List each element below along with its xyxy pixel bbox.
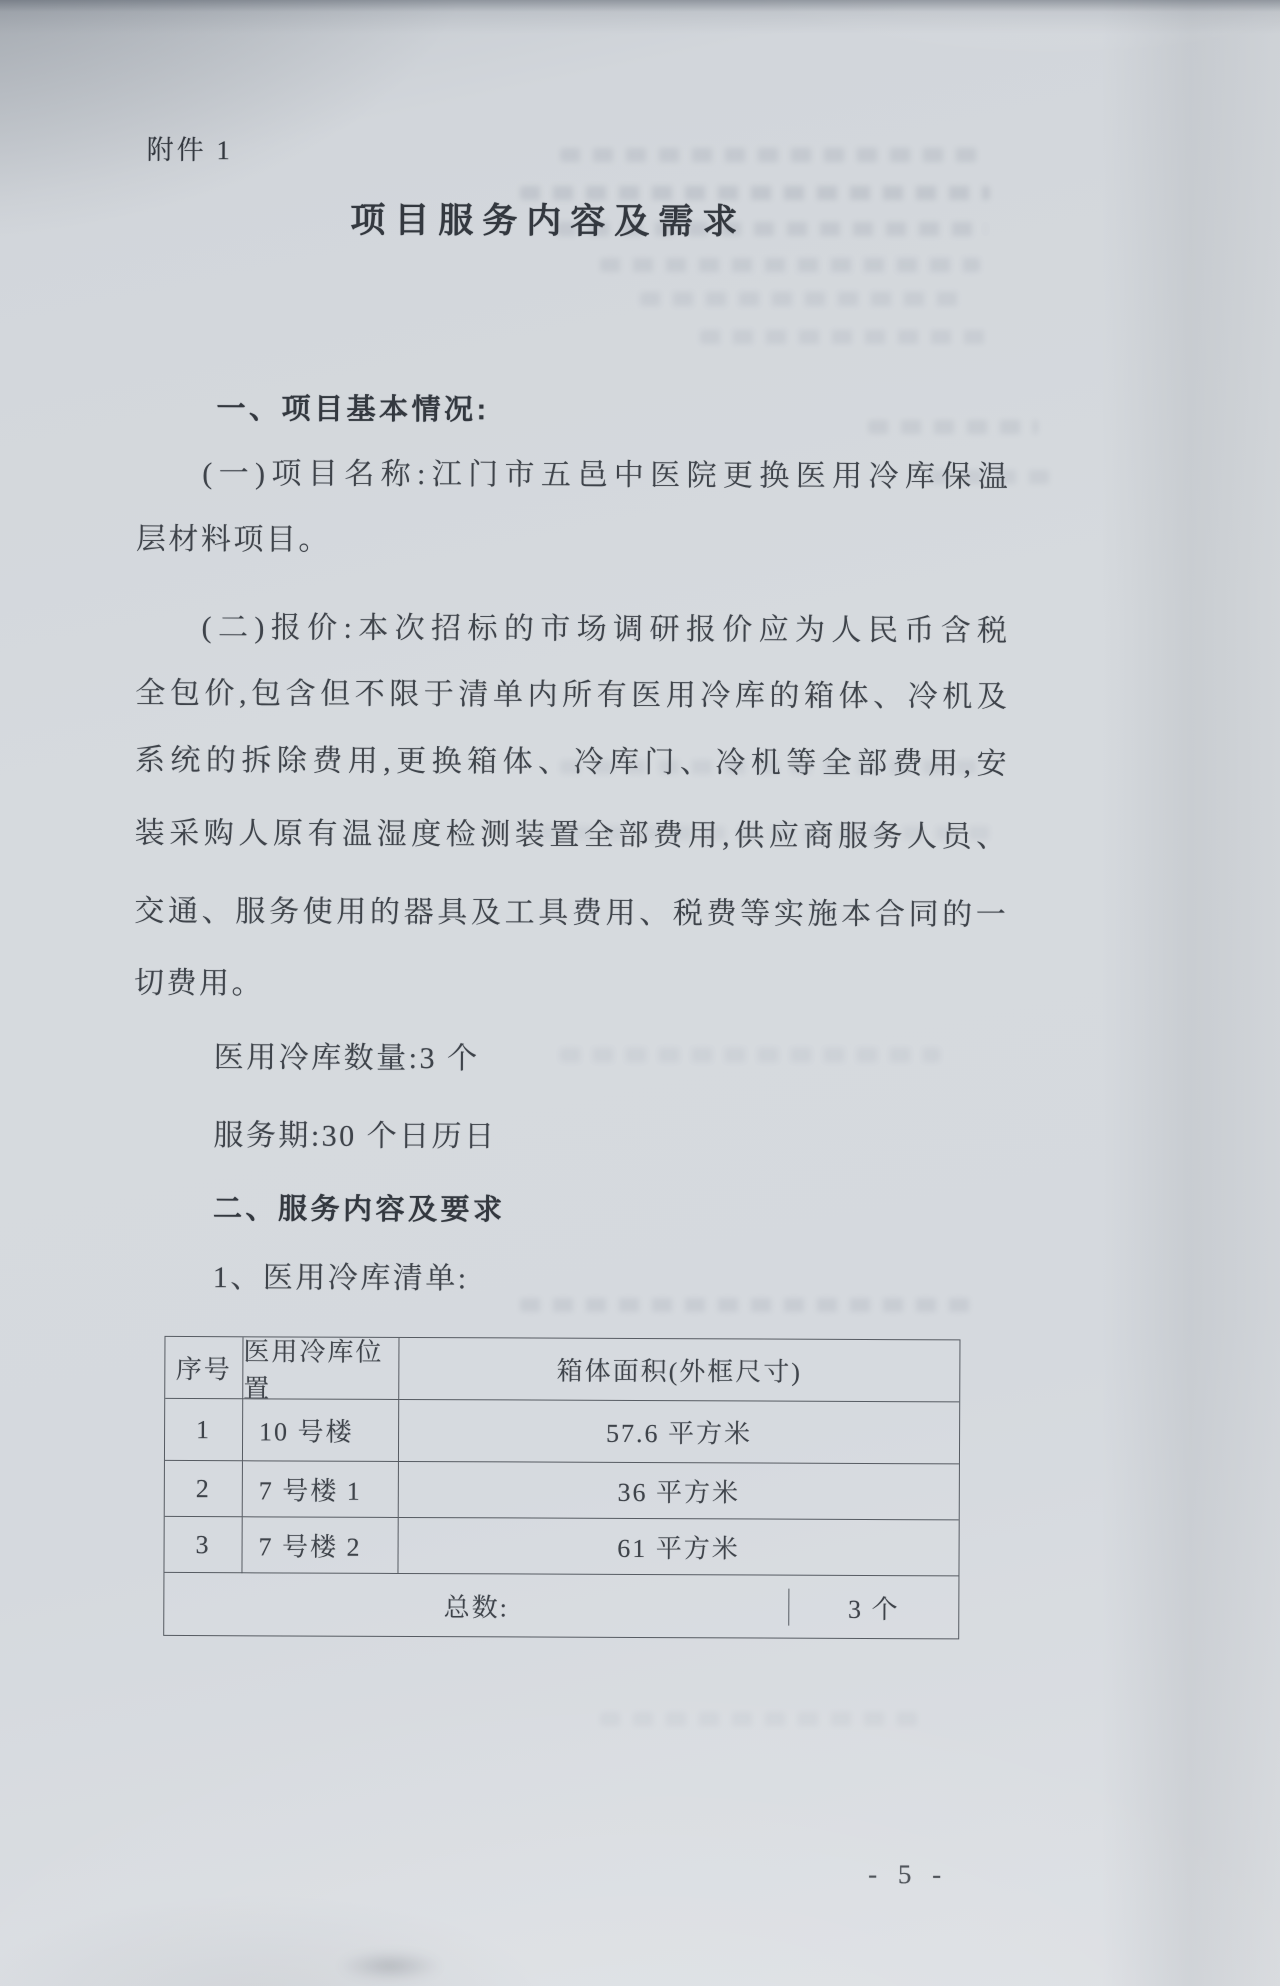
table-cell-location: 7 号楼 1 [243, 1461, 399, 1518]
service-period-line: 服务期:30 个日历日 [133, 1116, 497, 1158]
scanned-document-photo: 附件 1 项目服务内容及需求 一、项目基本情况: (一)项目名称:江门市五邑中医… [0, 0, 1280, 1986]
document-sheet: 附件 1 项目服务内容及需求 一、项目基本情况: (一)项目名称:江门市五邑中医… [0, 0, 1280, 1986]
page-number: - 5 - [868, 1859, 948, 1890]
quote-paragraph-line: 交通、服务使用的器具及工具费用、税费等实施本合同的一 [134, 892, 1008, 936]
cold-storage-quantity-line: 医用冷库数量:3 个 [134, 1038, 480, 1080]
attachment-label: 附件 1 [147, 128, 233, 167]
table-cell-index: 1 [165, 1399, 243, 1461]
table-cell-index: 2 [165, 1461, 243, 1517]
table-footer-row: 总数: 3 个 [164, 1573, 958, 1638]
table-footer-value: 3 个 [788, 1588, 958, 1626]
table-cell-location: 10 号楼 [243, 1399, 399, 1462]
table-cell-area: 61 平方米 [398, 1518, 958, 1576]
project-name-line: 层材料项目。 [136, 520, 331, 561]
table-header-location: 医用冷库位置 [243, 1337, 399, 1400]
quote-paragraph-line: 装采购人原有温湿度检测装置全部费用,供应商服务人员、 [135, 814, 1009, 858]
table-cell-index: 3 [164, 1517, 242, 1573]
list-label: 1、医用冷库清单: [133, 1258, 469, 1299]
table-header-area: 箱体面积(外框尺寸) [399, 1338, 959, 1402]
table-cell-area: 57.6 平方米 [399, 1400, 959, 1464]
quote-paragraph-line: (二)报价:本次招标的市场调研报价应为人民币含税 [136, 608, 1010, 652]
quote-paragraph-line: 系统的拆除费用,更换箱体、冷库门、冷机等全部费用,安 [135, 741, 1009, 785]
cold-storage-table: 序号 医用冷库位置 箱体面积(外框尺寸) 1 10 号楼 57.6 平方米 2 … [163, 1336, 960, 1639]
table-header-index: 序号 [165, 1337, 243, 1399]
quote-paragraph-line: 切费用。 [134, 964, 264, 1005]
section-heading-service: 二、服务内容及要求 [133, 1186, 506, 1229]
section-heading-basic: 一、项目基本情况: [136, 386, 489, 429]
table-cell-location: 7 号楼 2 [242, 1517, 398, 1574]
project-name-line: (一)项目名称:江门市五邑中医院更换医用冷库保温 [136, 454, 1010, 498]
table-footer-label: 总数: [164, 1585, 788, 1625]
table-cell-area: 36 平方米 [399, 1462, 959, 1520]
quote-paragraph-line: 全包价,包含但不限于清单内所有医用冷库的箱体、冷机及 [135, 674, 1009, 718]
document-title: 项目服务内容及需求 [111, 192, 985, 246]
